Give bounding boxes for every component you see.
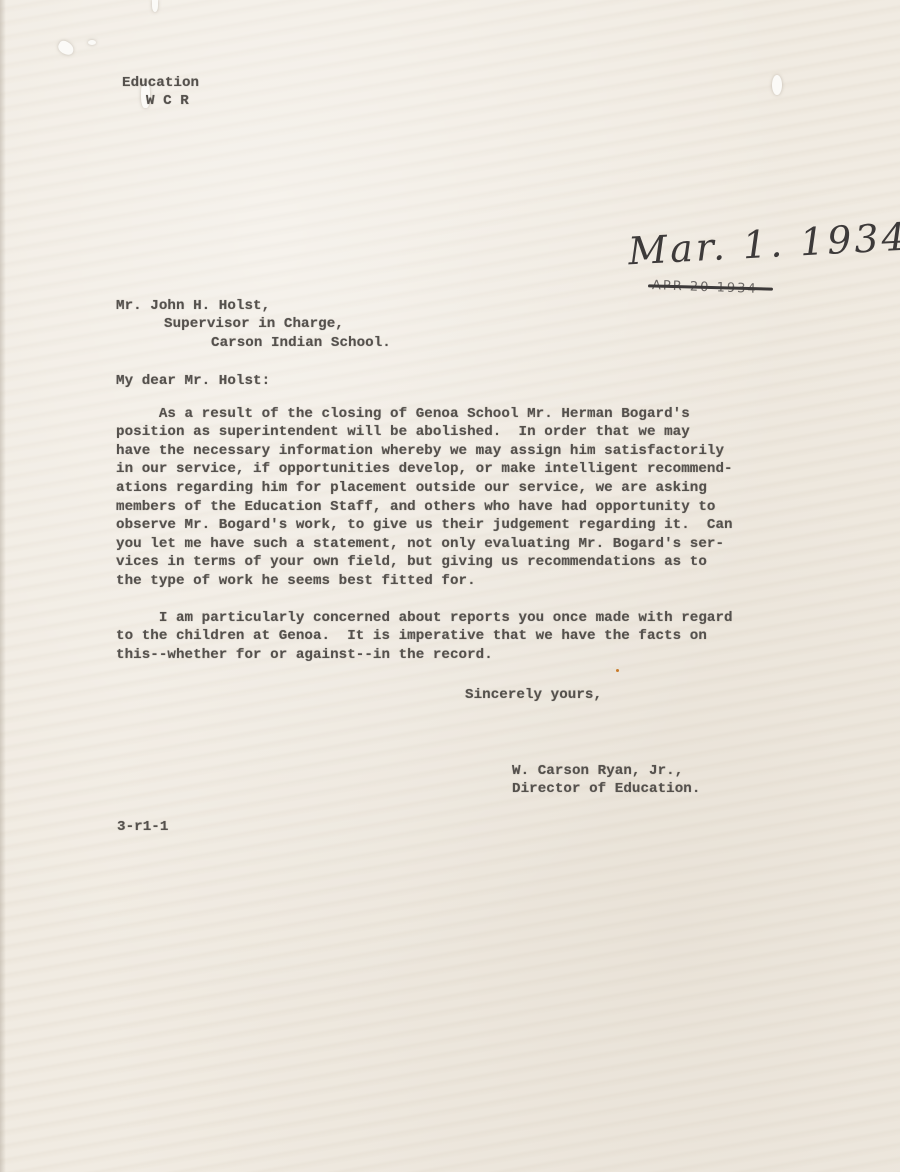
letter-page: Education W C R Mar. 1. 1934 APR 20 1934…	[0, 0, 900, 1172]
handwritten-date: Mar. 1. 1934	[627, 215, 900, 274]
paper-tear-top-right	[772, 75, 782, 95]
body-line: you let me have such a statement, not on…	[116, 535, 724, 554]
body-line: As a result of the closing of Genoa Scho…	[116, 405, 690, 424]
body-line: I am particularly concerned about report…	[116, 609, 733, 628]
body-line: members of the Education Staff, and othe…	[116, 498, 715, 517]
body-line: to the children at Genoa. It is imperati…	[116, 627, 707, 646]
paper-tear-top-left	[56, 39, 76, 57]
body-line: position as superintendent will be aboli…	[116, 423, 690, 442]
closing: Sincerely yours,	[465, 686, 602, 705]
body-line: ations regarding him for placement outsi…	[116, 479, 707, 498]
signature-title: Director of Education.	[512, 780, 700, 799]
paper-tear-top-left-small	[88, 40, 96, 45]
body-line: the type of work he seems best fitted fo…	[116, 572, 476, 591]
initials-label: W C R	[146, 92, 189, 111]
signature-name: W. Carson Ryan, Jr.,	[512, 762, 683, 781]
salutation: My dear Mr. Holst:	[116, 372, 270, 391]
reference-code: 3-r1-1	[117, 818, 168, 837]
recipient-name: Mr. John H. Holst,	[116, 297, 270, 316]
body-line: in our service, if opportunities develop…	[116, 460, 733, 479]
recipient-title: Supervisor in Charge,	[164, 315, 344, 334]
ink-speck	[616, 669, 619, 672]
body-line: vices in terms of your own field, but gi…	[116, 553, 707, 572]
body-line: this--whether for or against--in the rec…	[116, 646, 493, 665]
department-label: Education	[122, 74, 199, 93]
body-line: observe Mr. Bogard's work, to give us th…	[116, 516, 733, 535]
paper-tear-top-edge	[152, 0, 158, 12]
recipient-institution: Carson Indian School.	[211, 334, 391, 353]
body-line: have the necessary information whereby w…	[116, 442, 724, 461]
